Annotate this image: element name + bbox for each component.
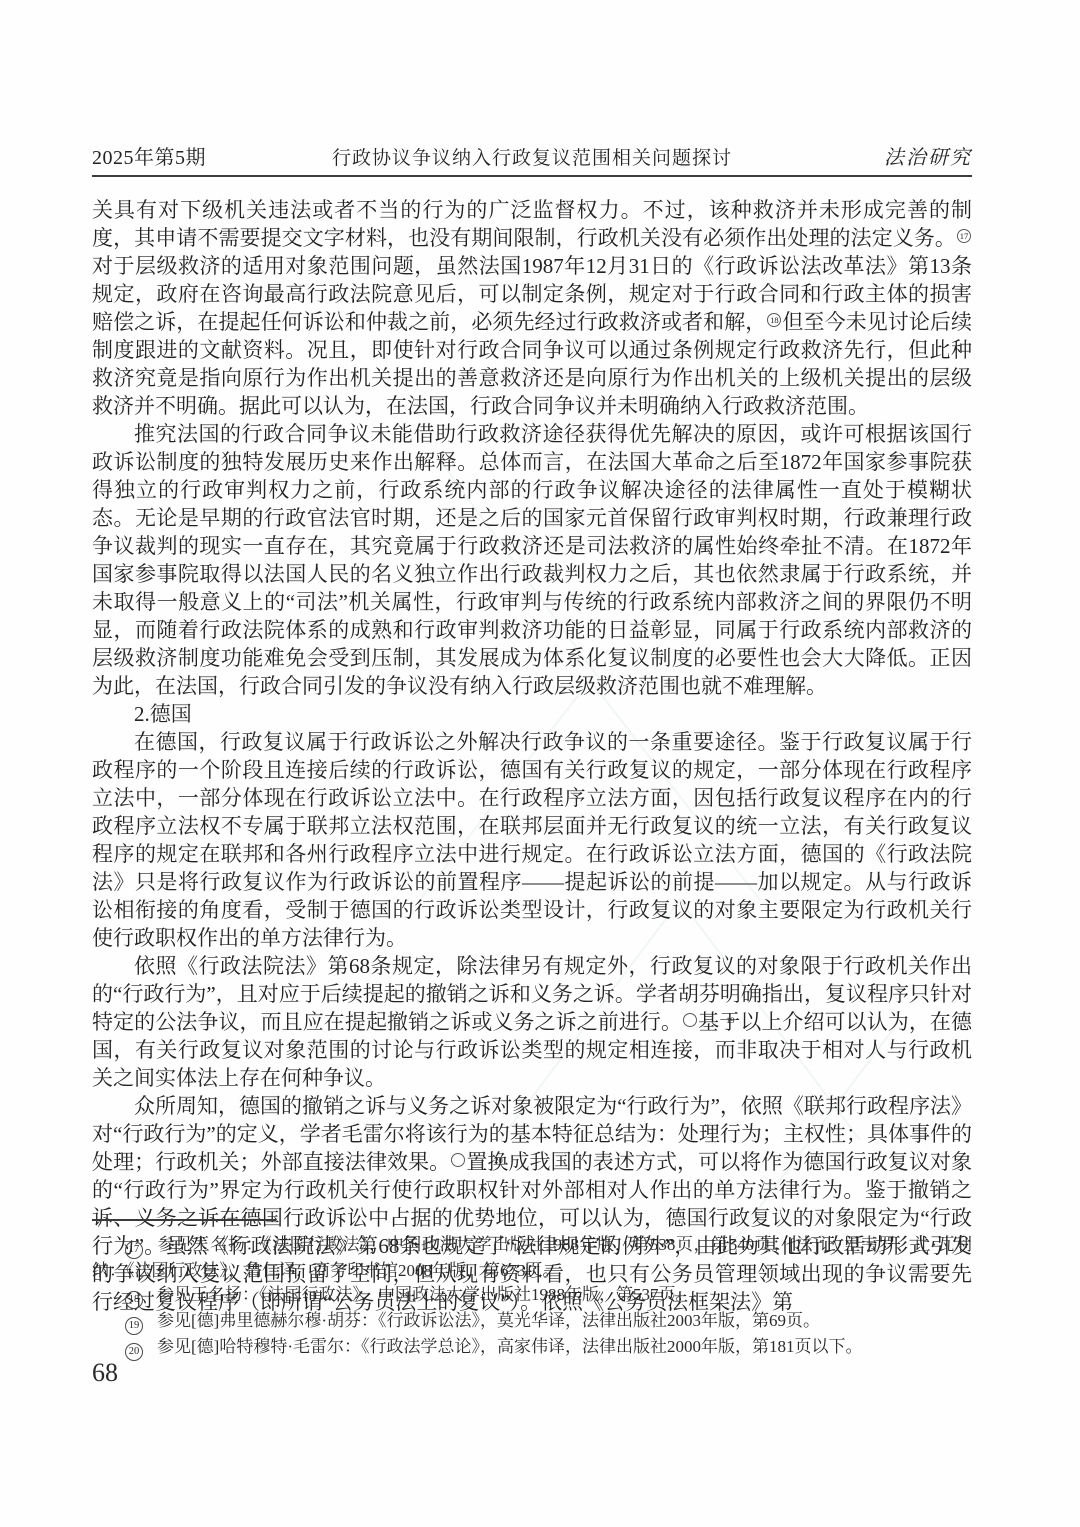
footnote-text: 参见王名扬：《法国行政法》，中国政法大学出版社1988年版，第538页，第540… xyxy=(92,1235,972,1280)
footnote-number: 17 xyxy=(125,1241,143,1259)
header-divider xyxy=(92,175,972,177)
footnote-item: 18参见王名扬：《法国行政法》，中国政法大学出版社1988年版，第537页。 xyxy=(92,1283,972,1309)
header-issue: 2025年第5期 xyxy=(92,141,206,170)
running-header: 2025年第5期 行政协议争议纳入行政复议范围相关问题探讨 法治研究 xyxy=(92,141,972,169)
journal-page: 2025年第5期 行政协议争议纳入行政复议范围相关问题探讨 法治研究 关具有对下… xyxy=(0,0,1080,1527)
footnote-ref-17-icon: 17 xyxy=(957,229,971,243)
body-paragraph: 在德国，行政复议属于行政诉讼之外解决行政争议的一条重要途径。鉴于行政复议属于行政… xyxy=(92,728,972,952)
footnote-divider xyxy=(92,1219,276,1221)
footnote-text: 参见王名扬：《法国行政法》，中国政法大学出版社1988年版，第537页。 xyxy=(157,1285,693,1304)
footnote-item: 19参见[德]弗里德赫尔穆·胡芬：《行政诉讼法》，莫光华译，法律出版社2003年… xyxy=(92,1309,972,1335)
page-number: 68 xyxy=(92,1358,118,1388)
header-article-title: 行政协议争议纳入行政复议范围相关问题探讨 xyxy=(332,143,732,170)
body-paragraph: 关具有对下级机关违法或者不当的行为的广泛监督权力。不过，该种救济并未形成完善的制… xyxy=(92,196,972,420)
footnote-number: 20 xyxy=(125,1343,143,1361)
footnote-ref-18-icon: 18 xyxy=(767,313,781,327)
body-text: 关具有对下级机关违法或者不当的行为的广泛监督权力。不过，该种救济并未形成完善的制… xyxy=(92,196,972,1316)
footnote-text: 参见[德]哈特穆特·毛雷尔：《行政法学总论》，高家伟译，法律出版社2000年版，… xyxy=(157,1337,862,1356)
footnote-item: 20参见[德]哈特穆特·毛雷尔：《行政法学总论》，高家伟译，法律出版社2000年… xyxy=(92,1335,972,1361)
footnote-item: 17参见王名扬：《法国行政法》，中国政法大学出版社1988年版，第538页，第5… xyxy=(92,1233,972,1283)
body-paragraph: 推究法国的行政合同争议未能借助行政救济途径获得优先解决的原因，或许可根据该国行政… xyxy=(92,420,972,700)
footnote-text: 参见[德]弗里德赫尔穆·胡芬：《行政诉讼法》，莫光华译，法律出版社2003年版，… xyxy=(157,1311,820,1330)
section-heading: 2.德国 xyxy=(92,700,972,728)
footnote-number: 18 xyxy=(125,1291,143,1309)
footnote-ref-19-icon: 19 xyxy=(683,1013,697,1027)
footnotes: 17参见王名扬：《法国行政法》，中国政法大学出版社1988年版，第538页，第5… xyxy=(92,1233,972,1361)
footnote-number: 19 xyxy=(125,1317,143,1335)
footnote-ref-20-icon: 20 xyxy=(451,1153,465,1167)
body-paragraph: 依照《行政法院法》第68条规定，除法律另有规定外，行政复议的对象限于行政机关作出… xyxy=(92,952,972,1092)
header-journal-name: 法治研究 xyxy=(884,141,972,170)
